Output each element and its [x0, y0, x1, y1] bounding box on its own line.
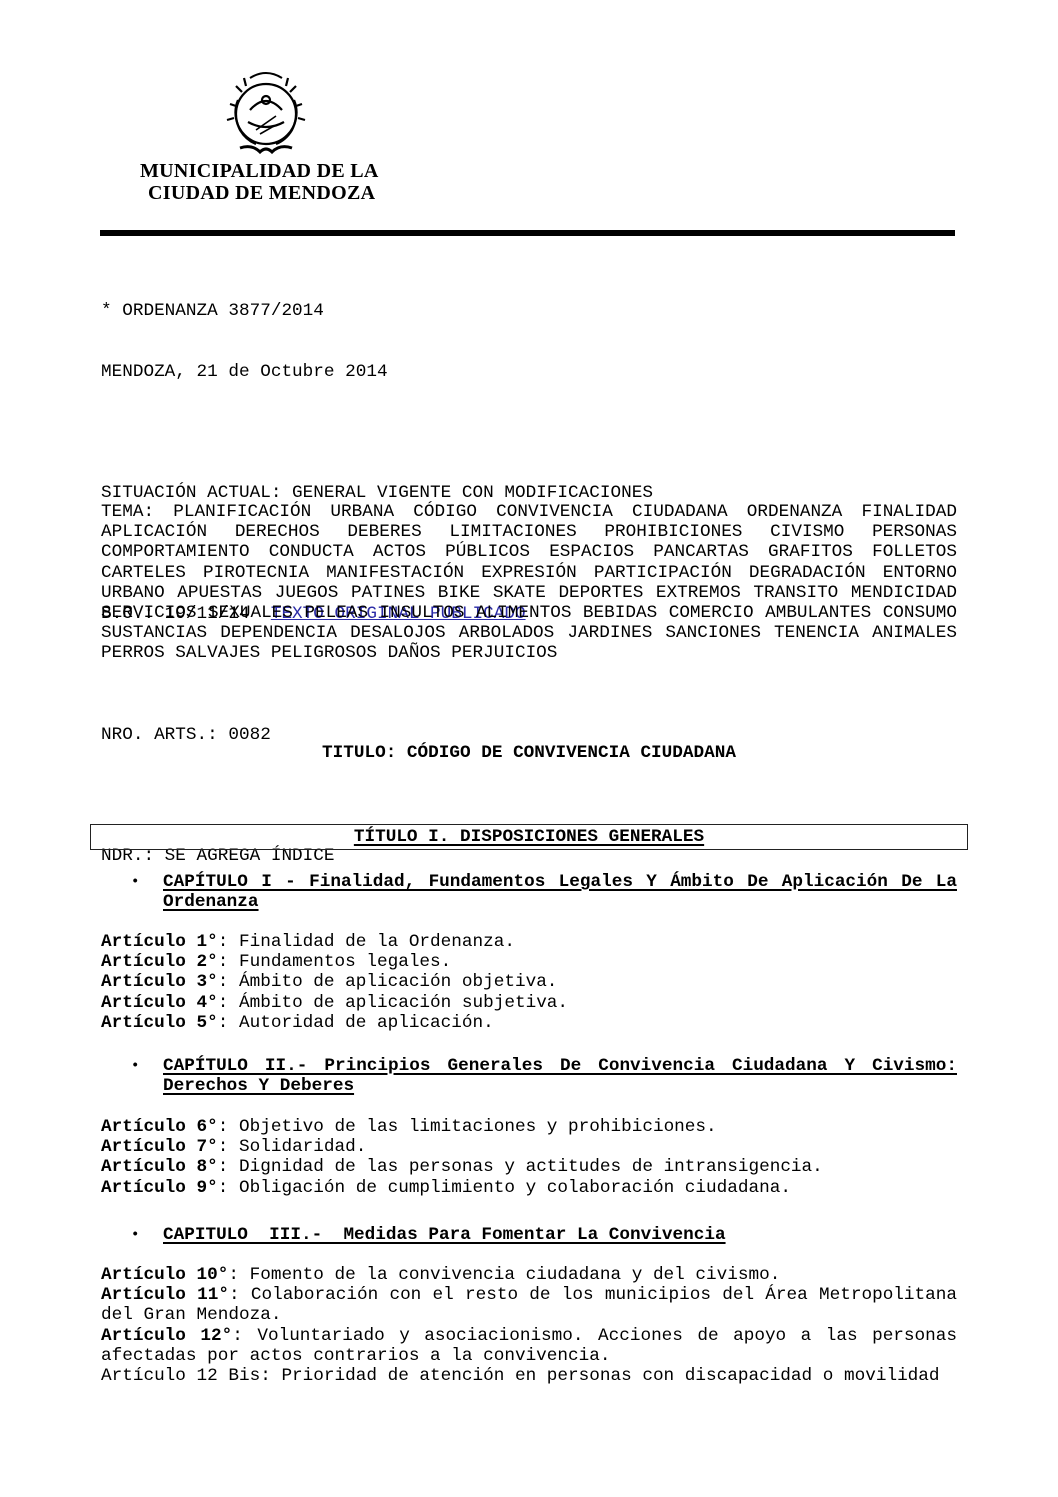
article-text: Artículo 12 Bis: Prioridad de atención e… [101, 1366, 940, 1386]
article-label: Artículo 11° [101, 1285, 229, 1305]
article-text: : Fundamentos legales. [218, 952, 452, 972]
article-label: Artículo 12° [101, 1326, 232, 1346]
bullet-icon: • [131, 1225, 139, 1245]
article-item: Artículo 11°: Colaboración con el resto … [101, 1285, 957, 1325]
title-section-heading: TÍTULO I. DISPOSICIONES GENERALES [91, 825, 967, 849]
article-text: : Dignidad de las personas y actitudes d… [218, 1157, 823, 1177]
article-label: Artículo 6° [101, 1117, 218, 1137]
article-list: Artículo 10°: Fomento de la convivencia … [101, 1265, 957, 1386]
chapter-title: CAPITULO III.- Medidas Para Fomentar La … [163, 1225, 957, 1245]
article-label: Artículo 9° [101, 1178, 218, 1198]
document-title: TITULO: CÓDIGO DE CONVIVENCIA CIUDADANA [0, 743, 1058, 763]
chapter-title: CAPÍTULO II.- Principios Generales De Co… [163, 1056, 957, 1096]
article-label: Artículo 5° [101, 1013, 218, 1033]
article-item: Artículo 7°: Solidaridad. [101, 1137, 957, 1157]
article-item: Artículo 4°: Ámbito de aplicación subjet… [101, 993, 957, 1013]
org-name-line1: MUNICIPALIDAD DE LA [140, 160, 400, 182]
chapter-title: CAPÍTULO I - Finalidad, Fundamentos Lega… [163, 872, 957, 912]
bullet-icon: • [131, 872, 139, 892]
chapter-heading: • CAPÍTULO II.- Principios Generales De … [101, 1056, 957, 1096]
article-text: : Objetivo de las limitaciones y prohibi… [218, 1117, 717, 1137]
article-item: Artículo 1°: Finalidad de la Ordenanza. [101, 932, 957, 952]
org-name-line2: CIUDAD DE MENDOZA [140, 182, 400, 204]
article-item: Artículo 8°: Dignidad de las personas y … [101, 1157, 957, 1177]
title-section-box: TÍTULO I. DISPOSICIONES GENERALES [90, 824, 968, 850]
bullet-icon: • [131, 1056, 139, 1076]
chapter-heading: • CAPÍTULO I - Finalidad, Fundamentos Le… [101, 872, 957, 912]
article-text: : Autoridad de aplicación. [218, 1013, 494, 1033]
ordinance-number: * ORDENANZA 3877/2014 [101, 301, 961, 321]
article-label: Artículo 10° [101, 1265, 228, 1285]
article-item: Artículo 2°: Fundamentos legales. [101, 952, 957, 972]
place-date: MENDOZA, 21 de Octubre 2014 [101, 362, 961, 382]
article-text: : Finalidad de la Ordenanza. [218, 932, 515, 952]
article-item: Artículo 9°: Obligación de cumplimiento … [101, 1178, 957, 1198]
article-item: Artículo 12°: Voluntariado y asociacioni… [101, 1326, 957, 1366]
municipality-header: MUNICIPALIDAD DE LA CIUDAD DE MENDOZA [140, 68, 400, 208]
article-text: : Colaboración con el resto de los munic… [101, 1285, 957, 1325]
header-divider [100, 230, 955, 236]
article-text: : Ámbito de aplicación objetiva. [218, 972, 558, 992]
article-item: Artículo 6°: Objetivo de las limitacione… [101, 1117, 957, 1137]
article-text: : Fomento de la convivencia ciudadana y … [228, 1265, 780, 1285]
article-text: : Ámbito de aplicación subjetiva. [218, 993, 568, 1013]
article-label: Artículo 1° [101, 932, 218, 952]
article-list: Artículo 1°: Finalidad de la Ordenanza. … [101, 932, 957, 1033]
topics-paragraph: TEMA: PLANIFICACIÓN URBANA CÓDIGO CONVIV… [101, 502, 957, 664]
article-label: Artículo 8° [101, 1157, 218, 1177]
article-label: Artículo 4° [101, 993, 218, 1013]
article-text: : Obligación de cumplimiento y colaborac… [218, 1178, 791, 1198]
article-item: Artículo 12 Bis: Prioridad de atención e… [101, 1366, 957, 1386]
article-list: Artículo 6°: Objetivo de las limitacione… [101, 1117, 957, 1198]
current-status: SITUACIÓN ACTUAL: GENERAL VIGENTE CON MO… [101, 483, 961, 503]
article-label: Artículo 7° [101, 1137, 218, 1157]
coat-of-arms-icon [220, 70, 312, 158]
article-label: Artículo 2° [101, 952, 218, 972]
article-text: : Solidaridad. [218, 1137, 367, 1157]
article-label: Artículo 3° [101, 972, 218, 992]
article-item: Artículo 5°: Autoridad de aplicación. [101, 1013, 957, 1033]
article-item: Artículo 10°: Fomento de la convivencia … [101, 1265, 957, 1285]
chapter-heading: • CAPITULO III.- Medidas Para Fomentar L… [101, 1225, 957, 1245]
article-item: Artículo 3°: Ámbito de aplicación objeti… [101, 972, 957, 992]
organization-name: MUNICIPALIDAD DE LA CIUDAD DE MENDOZA [140, 160, 400, 204]
